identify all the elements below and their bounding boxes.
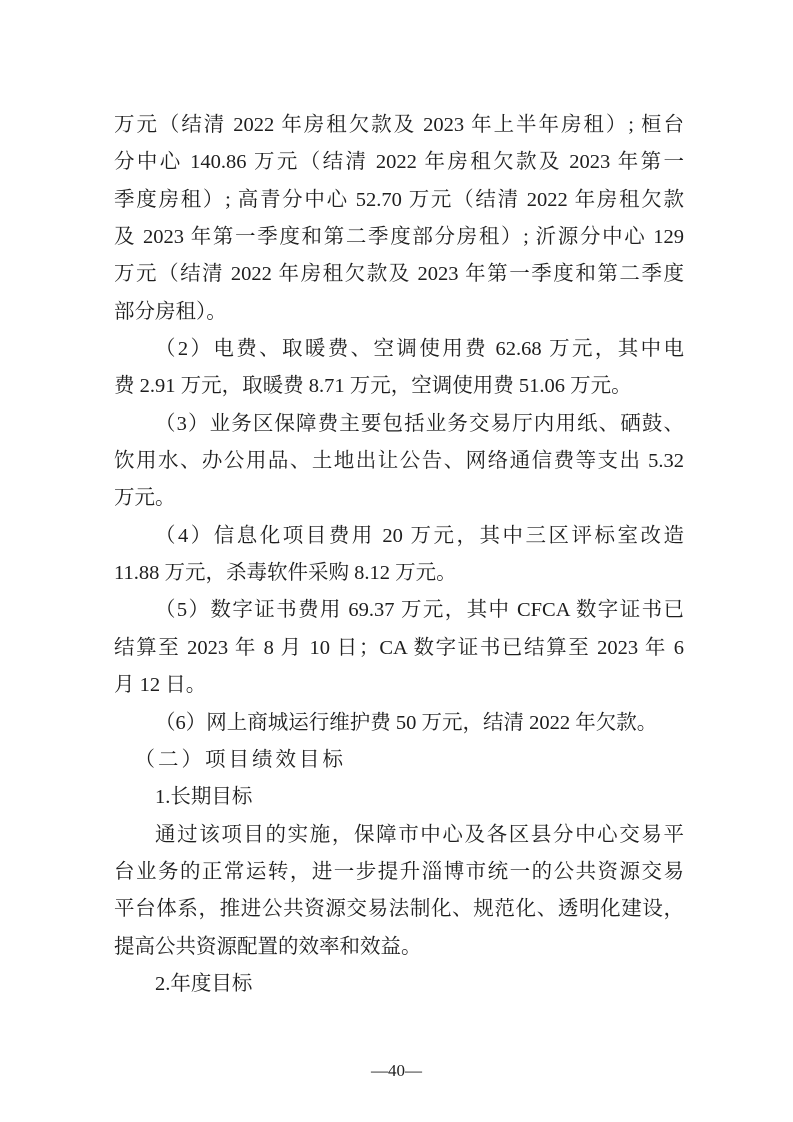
subsection-heading: 1.长期目标 [114,779,684,816]
subsection-heading: 2.年度目标 [114,966,684,1003]
text-line: （6）网上商城运行维护费 50 万元，结清 2022 年欠款。 [114,705,684,742]
document-page: { "doc": { "lines": [ { "text": "万元（结清 2… [0,0,793,1122]
text-line: （3）业务区保障费主要包括业务交易厅内用纸、硒鼓、 [114,406,684,443]
text-line: 月 12 日。 [114,667,684,704]
text-line: 饮用水、办公用品、土地出让公告、网络通信费等支出 5.32 [114,443,684,480]
text-line: 结算至 2023 年 8 月 10 日；CA 数字证书已结算至 2023 年 6 [114,630,684,667]
section-heading: （二）项目绩效目标 [114,742,684,779]
text-line: 分中心 140.86 万元（结清 2022 年房租欠款及 2023 年第一 [114,144,684,181]
text-line: 部分房租）。 [114,294,684,331]
page-number: —40— [0,1061,793,1081]
text-line: 季度房租）; 高青分中心 52.70 万元（结清 2022 年房租欠款 [114,182,684,219]
text-line: （4）信息化项目费用 20 万元，其中三区评标室改造 [114,518,684,555]
text-line: 台业务的正常运转，进一步提升淄博市统一的公共资源交易 [114,854,684,891]
text-line: （5）数字证书费用 69.37 万元，其中 CFCA 数字证书已 [114,592,684,629]
text-line: 平台体系，推进公共资源交易法制化、规范化、透明化建设， [114,891,684,928]
text-line: 费 2.91 万元，取暖费 8.71 万元，空调使用费 51.06 万元。 [114,368,684,405]
text-line: 提高公共资源配置的效率和效益。 [114,929,684,966]
text-line: 万元（结清 2022 年房租欠款及 2023 年第一季度和第二季度 [114,256,684,293]
text-line: 及 2023 年第一季度和第二季度部分房租）; 沂源分中心 129 [114,219,684,256]
text-line: 万元。 [114,480,684,517]
text-line: 万元（结清 2022 年房租欠款及 2023 年上半年房租）; 桓台 [114,107,684,144]
document-body: 万元（结清 2022 年房租欠款及 2023 年上半年房租）; 桓台 分中心 1… [114,107,684,1003]
text-line: 11.88 万元，杀毒软件采购 8.12 万元。 [114,555,684,592]
text-line: （2）电费、取暖费、空调使用费 62.68 万元，其中电 [114,331,684,368]
text-line: 通过该项目的实施，保障市中心及各区县分中心交易平 [114,817,684,854]
